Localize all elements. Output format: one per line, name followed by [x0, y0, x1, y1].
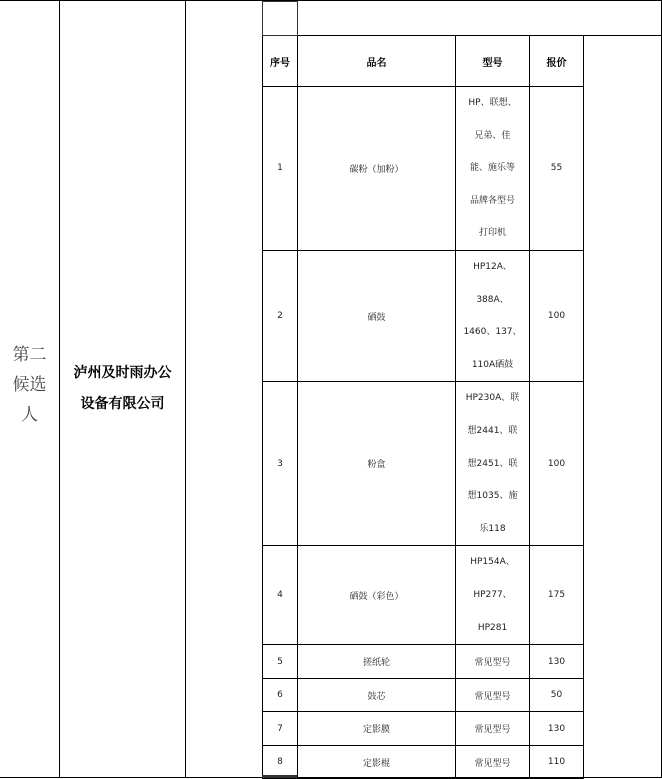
- row-model: HP12A、 388A、 1460、137、 110A硒鼓: [456, 250, 530, 381]
- row-price: 175: [530, 546, 584, 645]
- candidate-rank-line: 候选: [0, 370, 59, 400]
- model-line: 想2441、联: [456, 415, 529, 448]
- row-name: 硒鼓: [298, 250, 456, 381]
- price-quote-table: 序号 品名 型号 报价 1 碳粉（加粉） HP、联想、 兄弟、佳 能、施乐等 品…: [262, 1, 662, 779]
- model-line: HP277、: [456, 579, 529, 612]
- company-name-line: 泸州及时雨办公: [60, 358, 185, 389]
- row-no: 8: [263, 746, 298, 779]
- row-model: 常见型号: [456, 746, 530, 779]
- model-line: 想1035、施: [456, 480, 529, 513]
- model-line: HP154A、: [456, 546, 529, 579]
- model-line: HP230A、联: [456, 382, 529, 415]
- table-header-row: 序号 品名 型号 报价: [263, 36, 662, 87]
- model-line: 388A、: [456, 284, 529, 317]
- row-price: 130: [530, 645, 584, 679]
- model-line: 兄弟、佳: [456, 120, 529, 153]
- header-no: 序号: [263, 36, 298, 87]
- candidate-rank-line: 人: [0, 400, 59, 430]
- row-price: 130: [530, 712, 584, 746]
- row-price: 100: [530, 250, 584, 381]
- row-model: 常见型号: [456, 645, 530, 679]
- row-name: 鼓芯: [298, 679, 456, 712]
- header-model: 型号: [456, 36, 530, 87]
- row-no: 1: [263, 87, 298, 251]
- model-line: HP12A、: [456, 251, 529, 284]
- row-no: 4: [263, 546, 298, 645]
- model-line: 110A硒鼓: [456, 349, 529, 382]
- row-model: 常见型号: [456, 679, 530, 712]
- row-price: 110: [530, 746, 584, 779]
- row-price: 100: [530, 382, 584, 546]
- model-line: HP、联想、: [456, 87, 529, 120]
- empty-margin-cell: [584, 36, 662, 779]
- model-line: 想2451、联: [456, 448, 529, 481]
- row-price: 50: [530, 679, 584, 712]
- row-model: HP、联想、 兄弟、佳 能、施乐等 品牌各型号 打印机: [456, 87, 530, 251]
- header-price: 报价: [530, 36, 584, 87]
- spacer-cell: [298, 2, 662, 36]
- model-line: 品牌各型号: [456, 185, 529, 218]
- row-name: 硒鼓（彩色）: [298, 546, 456, 645]
- row-no: 5: [263, 645, 298, 679]
- spacer-cell: [263, 2, 298, 36]
- row-no: 3: [263, 382, 298, 546]
- row-model: HP154A、 HP277、 HP281: [456, 546, 530, 645]
- model-line: 打印机: [456, 217, 529, 250]
- row-name: 碳粉（加粉）: [298, 87, 456, 251]
- model-line: HP281: [456, 612, 529, 645]
- table-bottom-marker: [262, 775, 297, 778]
- model-line: 1460、137、: [456, 316, 529, 349]
- row-model: 常见型号: [456, 712, 530, 746]
- row-name: 搓纸轮: [298, 645, 456, 679]
- row-name: 定影棍: [298, 746, 456, 779]
- row-model: HP230A、联 想2441、联 想2451、联 想1035、施 乐118: [456, 382, 530, 546]
- row-price: 55: [530, 87, 584, 251]
- row-name: 粉盒: [298, 382, 456, 546]
- row-no: 6: [263, 679, 298, 712]
- header-name: 品名: [298, 36, 456, 87]
- table-spacer-row: [263, 2, 662, 36]
- company-name-line: 设备有限公司: [60, 389, 185, 420]
- model-line: 能、施乐等: [456, 152, 529, 185]
- column-divider: [185, 0, 186, 778]
- company-name: 泸州及时雨办公 设备有限公司: [60, 358, 185, 420]
- model-line: 乐118: [456, 513, 529, 546]
- row-name: 定影膜: [298, 712, 456, 746]
- row-no: 2: [263, 250, 298, 381]
- row-no: 7: [263, 712, 298, 746]
- candidate-rank-line: 第二: [0, 340, 59, 370]
- candidate-rank-label: 第二 候选 人: [0, 340, 59, 430]
